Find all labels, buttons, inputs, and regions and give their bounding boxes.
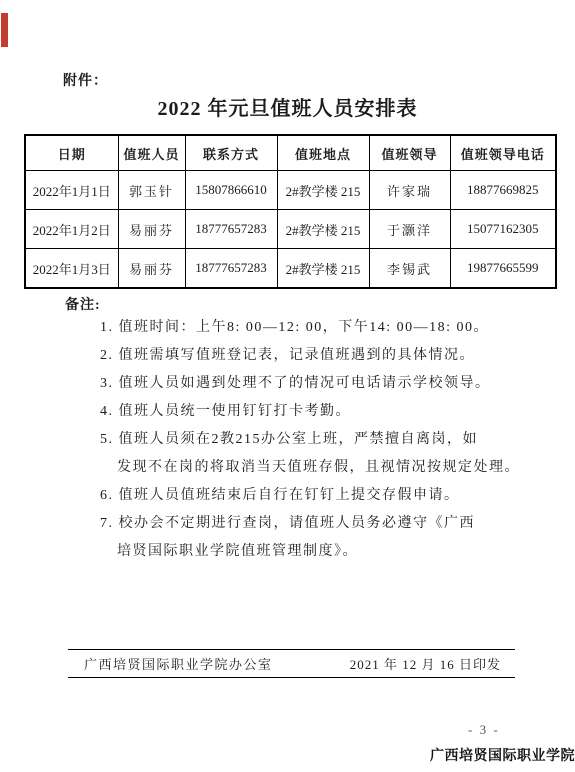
cell-phone: 19877665599: [450, 249, 556, 289]
print-date: 2021 年 12 月 16 日印发: [350, 654, 515, 673]
school-name-mark: 广西培贤国际职业学院: [430, 745, 575, 765]
cell-leader: 于灏洋: [369, 210, 450, 249]
issue-info-bar: 广西培贤国际职业学院办公室 2021 年 12 月 16 日印发: [68, 649, 515, 678]
cell-leader: 李锡武: [369, 249, 450, 289]
note-line-1: 1. 值班时间：上午8: 00—12: 00，下午14: 00—18: 00。: [100, 314, 540, 342]
cell-person: 易丽芬: [118, 249, 185, 289]
header-location: 值班地点: [277, 135, 369, 171]
note-line-7: 7. 校办会不定期进行查岗，请值班人员务必遵守《广西: [100, 510, 540, 538]
header-contact: 联系方式: [185, 135, 277, 171]
cell-date: 2022年1月1日: [25, 171, 118, 210]
notes-list: 1. 值班时间：上午8: 00—12: 00，下午14: 00—18: 00。 …: [100, 314, 540, 566]
cell-person: 郭玉针: [118, 171, 185, 210]
cell-contact: 18777657283: [185, 249, 277, 289]
attachment-label: 附件：: [63, 70, 108, 90]
note-line-2: 2. 值班需填写值班登记表，记录值班遇到的具体情况。: [100, 342, 540, 370]
cell-date: 2022年1月3日: [25, 249, 118, 289]
cell-location: 2#教学楼 215: [277, 210, 369, 249]
notes-label: 备注:: [65, 294, 101, 314]
cell-location: 2#教学楼 215: [277, 249, 369, 289]
cell-contact: 15807866610: [185, 171, 277, 210]
red-edge-mark: [1, 13, 8, 47]
cell-phone: 18877669825: [450, 171, 556, 210]
table-header-row: 日期 值班人员 联系方式 值班地点 值班领导 值班领导电话: [25, 135, 556, 171]
header-duty-person: 值班人员: [118, 135, 185, 171]
header-duty-leader: 值班领导: [369, 135, 450, 171]
note-line-3: 3. 值班人员如遇到处理不了的情况可电话请示学校领导。: [100, 370, 540, 398]
cell-contact: 18777657283: [185, 210, 277, 249]
table-row: 2022年1月2日 易丽芬 18777657283 2#教学楼 215 于灏洋 …: [25, 210, 556, 249]
cell-phone: 15077162305: [450, 210, 556, 249]
note-line-5: 5. 值班人员须在2教215办公室上班，严禁擅自离岗，如: [100, 426, 540, 454]
note-line-6: 6. 值班人员值班结束后自行在钉钉上提交存假申请。: [100, 482, 540, 510]
document-page: 附件： 2022 年元旦值班人员安排表 日期 值班人员 联系方式 值班地点 值班…: [0, 0, 575, 772]
cell-person: 易丽芬: [118, 210, 185, 249]
duty-roster-table: 日期 值班人员 联系方式 值班地点 值班领导 值班领导电话 2022年1月1日 …: [24, 134, 557, 289]
note-line-4: 4. 值班人员统一使用钉钉打卡考勤。: [100, 398, 540, 426]
table-row: 2022年1月1日 郭玉针 15807866610 2#教学楼 215 许家瑞 …: [25, 171, 556, 210]
note-line-7-continued: 培贤国际职业学院值班管理制度》。: [100, 538, 540, 566]
cell-location: 2#教学楼 215: [277, 171, 369, 210]
issuing-office: 广西培贤国际职业学院办公室: [68, 654, 273, 673]
note-line-5-continued: 发现不在岗的将取消当天值班存假，且视情况按规定处理。: [100, 454, 540, 482]
table-row: 2022年1月3日 易丽芬 18777657283 2#教学楼 215 李锡武 …: [25, 249, 556, 289]
header-leader-phone: 值班领导电话: [450, 135, 556, 171]
cell-leader: 许家瑞: [369, 171, 450, 210]
page-title: 2022 年元旦值班人员安排表: [0, 92, 575, 121]
page-number: - 3 -: [468, 722, 500, 738]
header-date: 日期: [25, 135, 118, 171]
cell-date: 2022年1月2日: [25, 210, 118, 249]
